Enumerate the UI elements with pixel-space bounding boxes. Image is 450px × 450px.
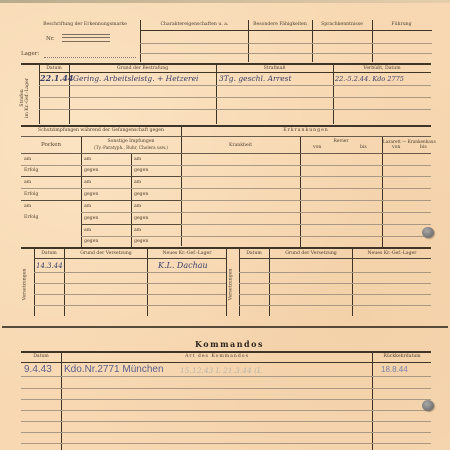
vers-col-datum: Datum bbox=[35, 251, 63, 256]
lazarett-bis: bis bbox=[420, 145, 427, 150]
punch-hole bbox=[422, 400, 434, 411]
kdo-rueckkehr: 18.8.44 bbox=[381, 365, 408, 374]
erk-row-rule bbox=[181, 224, 431, 225]
sonstige-gegen: gegen bbox=[134, 192, 148, 197]
kommandos-title: Kommandos bbox=[195, 339, 264, 349]
prisoner-record-card: Beschriftung der Erkennungsmarke Nr. Lag… bbox=[0, 0, 450, 450]
kdo-art: Kdo.Nr.2771 München bbox=[64, 364, 164, 375]
erk-row-rule bbox=[181, 236, 431, 237]
kdo-col-art: Art des Kommandos bbox=[62, 354, 372, 359]
impfungen-title: Schutzimpfungen während der Gefangenscha… bbox=[22, 128, 180, 133]
erkennungsmarke-label: Beschriftung der Erkennungsmarke bbox=[30, 22, 140, 27]
strafen-rule bbox=[39, 97, 431, 98]
revier-von: von bbox=[313, 145, 321, 150]
pocken-erfolg: Erfolg bbox=[24, 215, 38, 220]
kdo-col-rueckkehr: Rückkehrdatum bbox=[373, 354, 431, 359]
col-verbuesst: Verbüßt, Datum bbox=[334, 66, 430, 71]
kdo-datum: 9.4.43 bbox=[24, 364, 52, 375]
pocken-erfolg: Erfolg bbox=[24, 168, 38, 173]
kdo-divider bbox=[61, 351, 62, 450]
erkrankungen-title: Erkrankungen bbox=[182, 128, 430, 133]
vers-rule bbox=[34, 283, 226, 284]
vers-lager: K.L. Dachau bbox=[158, 261, 208, 270]
header-rule bbox=[140, 43, 432, 44]
sonstige-am: am bbox=[84, 204, 91, 209]
pocken-am: am bbox=[24, 157, 31, 162]
col-charaktereigenschaften: Charaktereigenschaften u. a. bbox=[142, 22, 247, 27]
erk-row-rule bbox=[181, 200, 431, 201]
lager-label: Lager: bbox=[21, 51, 39, 57]
col-sonstige: Sonstige Impfungen bbox=[82, 139, 180, 144]
col-pocken: Pocken bbox=[22, 142, 80, 148]
vers-col-grund: Grund der Versetzung bbox=[65, 251, 147, 256]
impf-row-rule bbox=[21, 176, 181, 177]
vers-rule bbox=[239, 294, 431, 295]
versetzungen-side-label-left: Versetzungen bbox=[23, 260, 28, 310]
vers-rule bbox=[239, 272, 431, 273]
header-rule bbox=[140, 53, 432, 54]
vers-rule bbox=[34, 294, 226, 295]
sonstige-am: am bbox=[134, 228, 141, 233]
kdo-row-rule bbox=[21, 376, 431, 377]
strafen-sublabel: im Kr.-Gef.-Lager bbox=[25, 78, 30, 118]
paper-top-edge bbox=[0, 0, 450, 3]
revier-bis: bis bbox=[360, 145, 367, 150]
kdo-rule bbox=[21, 362, 431, 363]
sonstige-am: am bbox=[134, 180, 141, 185]
sonstige-gegen: gegen bbox=[84, 192, 98, 197]
kdo-row-rule bbox=[21, 388, 431, 389]
col-revier: Revier bbox=[301, 139, 381, 144]
vers-col-lager-2: Neues Kr.-Gef.-Lager bbox=[353, 251, 431, 256]
vers-rule bbox=[239, 283, 431, 284]
strafe-datum: 22.1.44 bbox=[40, 73, 73, 83]
strafe-verbuesst: 22.-5.2.44. Kdo 2775 bbox=[335, 75, 404, 83]
vers-datum: 14.3.44 bbox=[36, 262, 63, 270]
col-grund-bestrafung: Grund der Bestrafung bbox=[70, 66, 215, 71]
vers-rule bbox=[34, 272, 226, 273]
impf-row-rule bbox=[81, 224, 181, 225]
impf-rule bbox=[21, 153, 431, 154]
col-sonstige-sub: (Ty.-Paratyph., Ruhr, Cholera usw.) bbox=[82, 145, 180, 150]
kdo-row-rule bbox=[21, 399, 431, 400]
impf-rule bbox=[21, 136, 431, 137]
impf-row-rule bbox=[21, 200, 181, 201]
kdo-col-datum: Datum bbox=[22, 354, 60, 359]
erk-row-rule bbox=[181, 212, 431, 213]
section-rule bbox=[21, 125, 431, 127]
versetzungen-side-label-right: Versetzungen bbox=[229, 260, 234, 310]
erk-row-rule bbox=[181, 188, 431, 189]
header-divider bbox=[140, 20, 141, 62]
nr-field[interactable] bbox=[62, 34, 110, 42]
vers-col-datum-2: Datum bbox=[240, 251, 268, 256]
impf-row-rule bbox=[81, 236, 181, 237]
pocken-am: am bbox=[24, 180, 31, 185]
sonstige-am: am bbox=[134, 204, 141, 209]
lazarett-von: von bbox=[392, 145, 400, 150]
pocken-erfolg: Erfolg bbox=[24, 192, 38, 197]
header-rule bbox=[140, 30, 432, 31]
sonstige-am: am bbox=[134, 157, 141, 162]
sonstige-gegen: gegen bbox=[134, 239, 148, 244]
kdo-note: 15.12.43 L 21.3.44 (L bbox=[180, 366, 262, 375]
col-datum: Datum bbox=[40, 66, 68, 71]
erk-row-rule bbox=[181, 176, 431, 177]
sonstige-gegen: gegen bbox=[84, 216, 98, 221]
col-fuehrung: Führung bbox=[373, 22, 430, 27]
strafen-divider bbox=[216, 64, 217, 124]
strafen-rule bbox=[39, 72, 431, 73]
col-krankheit: Krankheit bbox=[182, 143, 299, 148]
sonstige-am: am bbox=[84, 180, 91, 185]
sonstige-gegen: gegen bbox=[134, 168, 148, 173]
sonstige-gegen: gegen bbox=[84, 239, 98, 244]
strafen-rule bbox=[39, 85, 431, 86]
strafe-grund: Gering. Arbeitsleistg. + Hetzerei bbox=[73, 74, 198, 83]
section-rule bbox=[21, 63, 431, 65]
kdo-row-rule bbox=[21, 443, 431, 444]
kdo-divider bbox=[372, 351, 373, 450]
kdo-row-rule bbox=[21, 421, 431, 422]
pocken-am: am bbox=[24, 204, 31, 209]
sonstige-am: am bbox=[84, 228, 91, 233]
vers-rule bbox=[34, 305, 226, 306]
sonstige-gegen: gegen bbox=[84, 168, 98, 173]
col-lazarett: Lazarett — Krankenhaus bbox=[383, 139, 433, 144]
col-sprachkenntnisse: Sprachkenntnisse bbox=[313, 22, 371, 27]
strafen-divider bbox=[333, 64, 334, 124]
strafen-side-label: Strafen im Kr.-Gef.-Lager bbox=[20, 68, 30, 128]
vers-col-lager: Neues Kr.-Gef.-Lager bbox=[148, 251, 226, 256]
sonstige-gegen: gegen bbox=[134, 216, 148, 221]
col-strafmass: Strafmaß bbox=[217, 66, 332, 71]
kdo-row-rule bbox=[21, 432, 431, 433]
sonstige-am: am bbox=[84, 157, 91, 162]
vers-col-grund-2: Grund der Versetzung bbox=[270, 251, 352, 256]
nr-label: Nr. bbox=[46, 36, 55, 42]
vers-rule bbox=[34, 258, 226, 259]
fold-line bbox=[2, 326, 448, 328]
vers-divider bbox=[226, 248, 227, 316]
impf-row-rule bbox=[21, 188, 181, 189]
kdo-row-rule bbox=[21, 410, 431, 411]
vers-rule bbox=[239, 258, 431, 259]
col-besondere-faehigkeiten: Besondere Fähigkeiten bbox=[249, 22, 311, 27]
vers-rule bbox=[239, 305, 431, 306]
punch-hole bbox=[422, 227, 434, 238]
impf-row-rule bbox=[21, 165, 181, 166]
lager-field[interactable] bbox=[44, 57, 136, 58]
section-rule bbox=[21, 351, 431, 353]
erk-row-rule bbox=[181, 165, 431, 166]
strafe-strafmass: 3Tg. geschl. Arrest bbox=[219, 74, 292, 83]
impf-row-rule bbox=[81, 212, 181, 213]
strafen-rule bbox=[39, 109, 431, 110]
